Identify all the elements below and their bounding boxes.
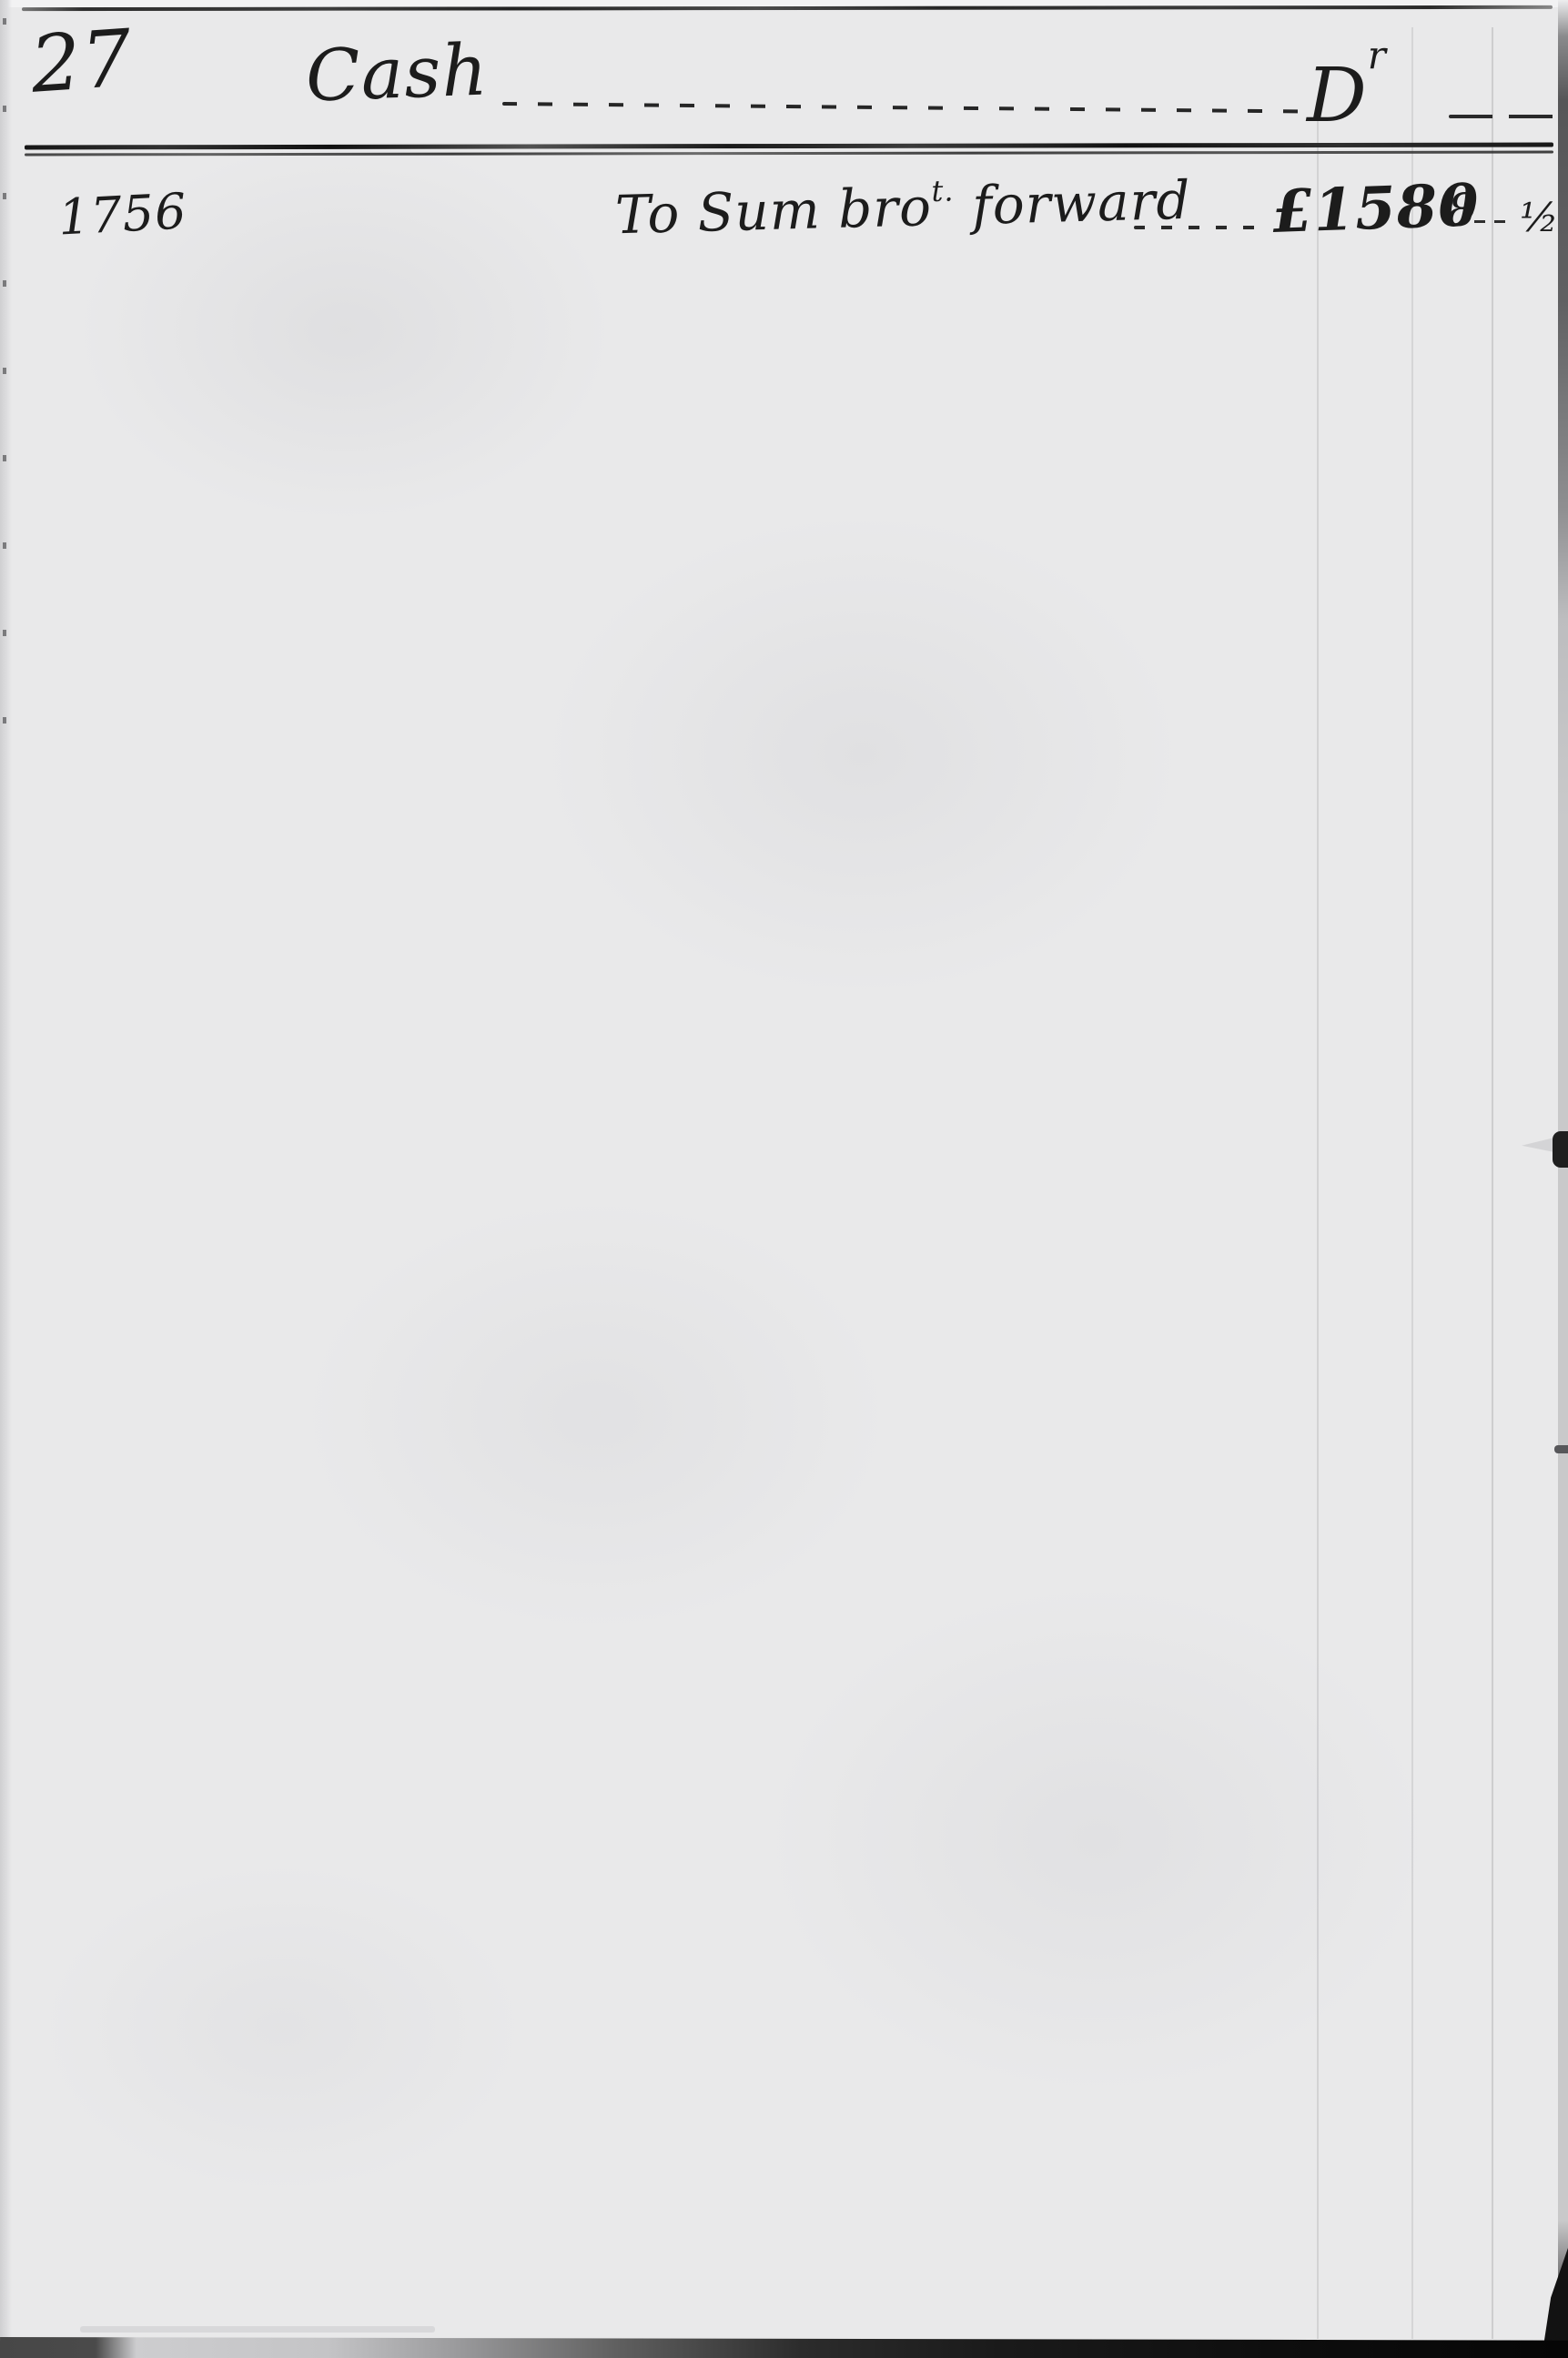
ledger-page-scan: 27 Cash Dr 1756 To Sum brot. forward £15… [0,0,1568,2358]
right-edge-crease [1522,1138,1554,1152]
account-title: Cash [304,30,489,118]
header-double-rule [25,143,1553,161]
debit-label-trailing-dash [1449,115,1556,118]
right-edge-mark [1554,1445,1568,1453]
entry-amount-pence: ½ [1520,195,1560,241]
entry-description-superscript: t. [931,174,955,209]
header-rule-top-line [25,143,1553,150]
page-left-edge-marks [3,18,6,801]
page-right-edge [1558,0,1568,2358]
debit-side-label-superscript: r [1368,33,1386,77]
header-rule-bottom-line [25,151,1553,157]
title-dash-leader [502,102,1307,113]
page-number: 27 [28,13,136,111]
page-bottom-edge [0,2337,1568,2358]
entry-description-text: To Sum bro [614,176,933,246]
bottom-faint-rule [80,2326,435,2333]
shillings-dash-marks [1474,220,1514,223]
entry-amount-shillings: 8 [1447,184,1477,237]
money-column-rule-pence [1492,27,1493,2339]
right-edge-ink-blot [1553,1131,1568,1168]
entry-dash-leader [1134,226,1265,229]
money-column-rule-shillings [1411,27,1413,2339]
debit-side-label: Dr [1307,33,1386,139]
entry-year: 1756 [56,182,188,246]
entry-description: To Sum brot. forward [614,167,1191,247]
money-column-rule-pounds [1317,102,1319,2339]
debit-side-label-base: D [1307,53,1368,139]
